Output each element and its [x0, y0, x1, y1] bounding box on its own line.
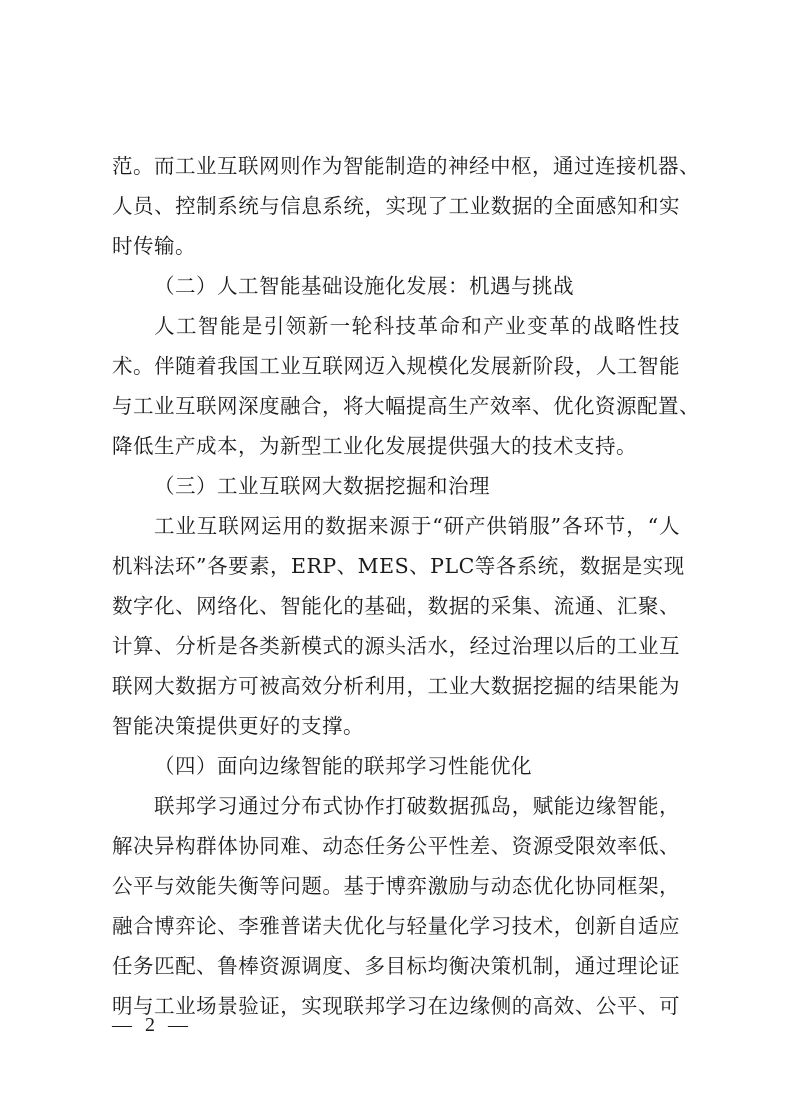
paragraph-line: 智能决策提供更好的支撑。	[112, 706, 680, 746]
document-body: 范。而工业互联网则作为智能制造的神经中枢，通过连接机器、 人员、控制系统与信息系…	[112, 146, 680, 1026]
paragraph-line: 任务匹配、鲁棒资源调度、多目标均衡决策机制，通过理论证	[112, 946, 680, 986]
paragraph-line: 人员、控制系统与信息系统，实现了工业数据的全面感知和实	[112, 186, 680, 226]
paragraph-line: 降低生产成本，为新型工业化发展提供强大的技术支持。	[112, 426, 680, 466]
paragraph-line: 明与工业场景验证，实现联邦学习在边缘侧的高效、公平、可	[112, 986, 680, 1026]
paragraph-line: 融合博弈论、李雅普诺夫优化与轻量化学习技术，创新自适应	[112, 906, 680, 946]
paragraph-line: 数字化、网络化、智能化的基础，数据的采集、流通、汇聚、	[112, 586, 680, 626]
paragraph-line: 术。伴随着我国工业互联网迈入规模化发展新阶段，人工智能	[112, 346, 680, 386]
paragraph-line: 时传输。	[112, 226, 680, 266]
paragraph-line: 联网大数据方可被高效分析利用，工业大数据挖掘的结果能为	[112, 666, 680, 706]
section-heading: （四）面向边缘智能的联邦学习性能优化	[112, 746, 680, 786]
paragraph-line: 与工业互联网深度融合，将大幅提高生产效率、优化资源配置、	[112, 386, 680, 426]
paragraph-line: 解决异构群体协同难、动态任务公平性差、资源受限效率低、	[112, 826, 680, 866]
paragraph-line: 计算、分析是各类新模式的源头活水，经过治理以后的工业互	[112, 626, 680, 666]
document-page: 范。而工业互联网则作为智能制造的神经中枢，通过连接机器、 人员、控制系统与信息系…	[0, 0, 788, 1110]
paragraph-line: 范。而工业互联网则作为智能制造的神经中枢，通过连接机器、	[112, 146, 680, 186]
section-heading: （二）人工智能基础设施化发展：机遇与挑战	[112, 266, 680, 306]
page-number: — 2 —	[112, 1012, 192, 1038]
section-heading: （三）工业互联网大数据挖掘和治理	[112, 466, 680, 506]
paragraph-line: 人工智能是引领新一轮科技革命和产业变革的战略性技	[112, 306, 680, 346]
paragraph-line: 工业互联网运用的数据来源于“研产供销服”各环节，“人	[112, 506, 680, 546]
paragraph-line: 公平与效能失衡等问题。基于博弈激励与动态优化协同框架，	[112, 866, 680, 906]
paragraph-line: 机料法环”各要素，ERP、MES、PLC等各系统，数据是实现	[112, 546, 680, 586]
paragraph-line: 联邦学习通过分布式协作打破数据孤岛，赋能边缘智能，	[112, 786, 680, 826]
